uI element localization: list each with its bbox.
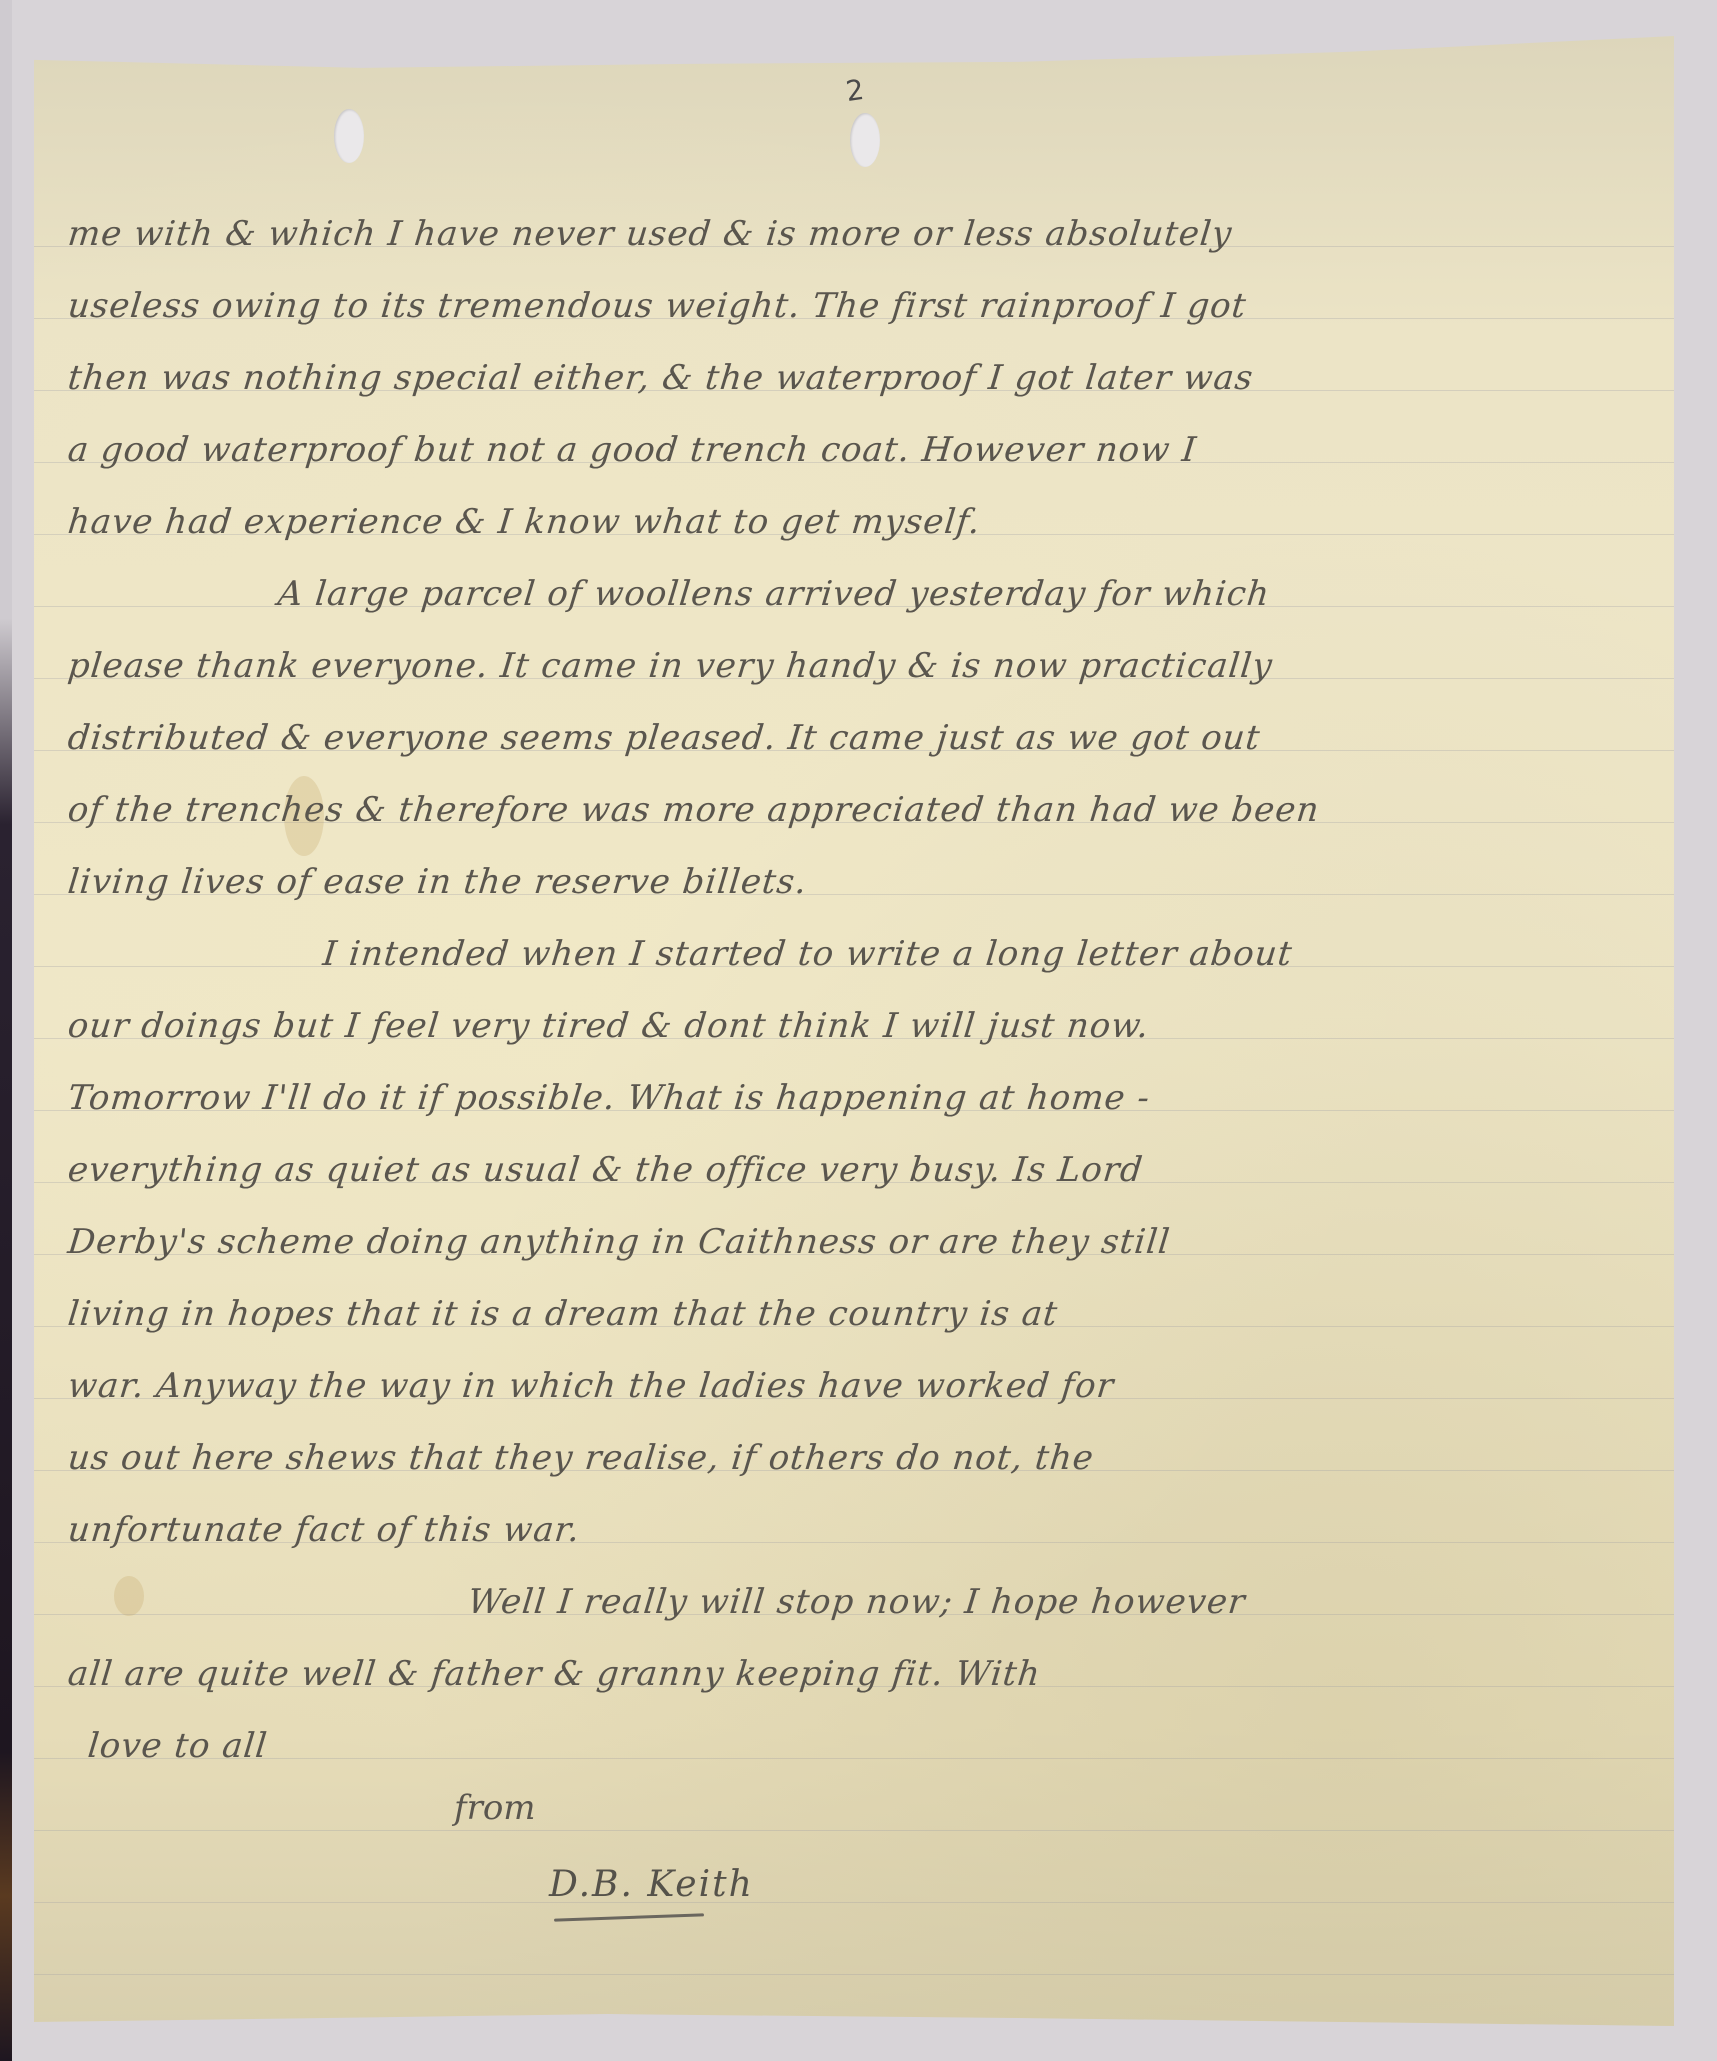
closing-from: from	[454, 1788, 536, 1828]
ruled-line	[34, 1902, 1674, 1903]
letter-line: Well I really will stop now; I hope howe…	[466, 1582, 1248, 1622]
letter-line: me with & which I have never used & is m…	[66, 214, 1234, 254]
letter-line: us out here shews that they realise, if …	[66, 1438, 1096, 1478]
letter-line: everything as quiet as usual & the offic…	[66, 1150, 1145, 1190]
letter-line: Tomorrow I'll do it if possible. What is…	[66, 1078, 1152, 1118]
punch-hole	[334, 109, 364, 163]
letter-line: distributed & everyone seems pleased. It…	[66, 718, 1263, 758]
letter-line: of the trenches & therefore was more app…	[66, 790, 1322, 830]
letter-line: a good waterproof but not a good trench …	[66, 430, 1199, 470]
page-number: 2	[844, 73, 866, 108]
letter-line: Derby's scheme doing anything in Caithne…	[66, 1222, 1172, 1262]
letter-line: please thank everyone. It came in very h…	[66, 646, 1275, 686]
letter-line: A large parcel of woollens arrived yeste…	[276, 574, 1272, 614]
signature: D.B. Keith	[549, 1864, 754, 1905]
ruled-line	[34, 1974, 1674, 1975]
ruled-line	[34, 1830, 1674, 1831]
letter-line: living in hopes that it is a dream that …	[66, 1294, 1060, 1334]
letter-line: war. Anyway the way in which the ladies …	[66, 1366, 1116, 1406]
letter-line: have had experience & I know what to get…	[66, 502, 983, 542]
paper-stain	[114, 1576, 144, 1616]
letter-line: living lives of ease in the reserve bill…	[66, 862, 809, 902]
letter-line: I intended when I started to write a lon…	[321, 934, 1295, 974]
letter-page: 2 me with & which I have never used & is…	[34, 36, 1674, 2026]
letter-line: all are quite well & father & granny kee…	[66, 1654, 1043, 1694]
letter-line: then was nothing special either, & the w…	[66, 358, 1256, 398]
letter-line: useless owing to its tremendous weight. …	[66, 286, 1249, 326]
punch-hole	[850, 113, 880, 167]
ruled-line	[34, 1758, 1674, 1759]
letter-line: love to all	[86, 1726, 270, 1766]
signature-underline	[554, 1913, 704, 1921]
letter-line: our doings but I feel very tired & dont …	[66, 1006, 1151, 1046]
letter-line: unfortunate fact of this war.	[66, 1510, 582, 1550]
